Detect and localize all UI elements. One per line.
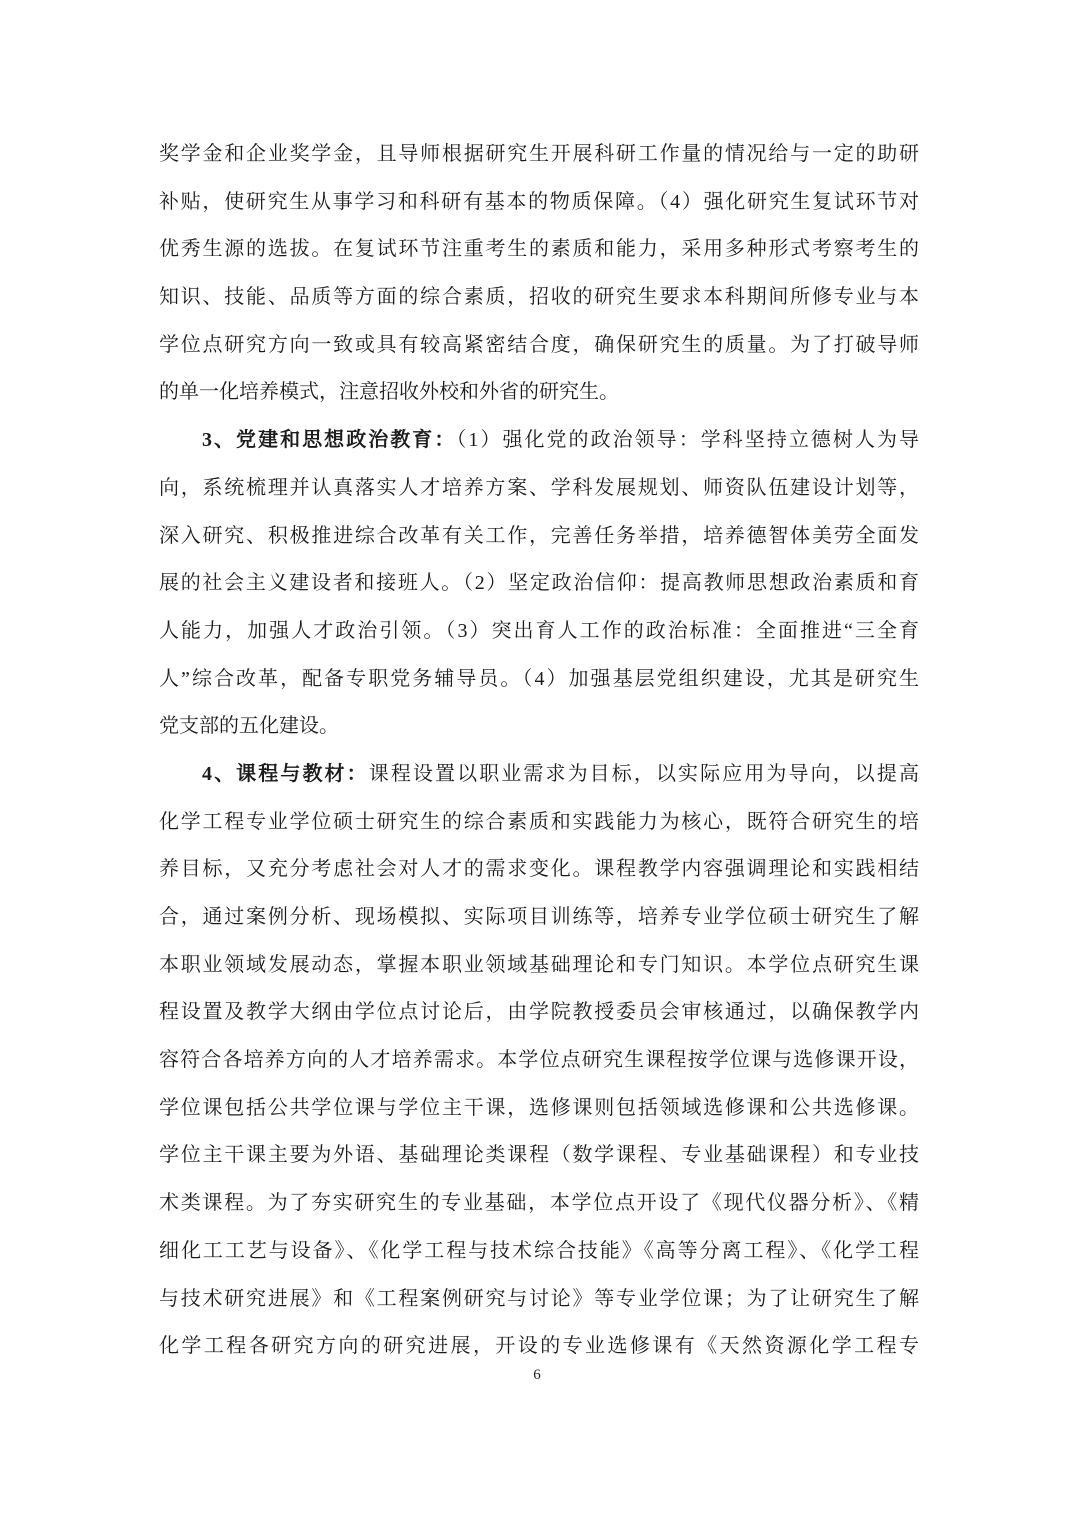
line-text: （1）强化党的政治领导：学科坚持立德树人为导 (456, 429, 919, 451)
line-text: 党支部的五化建设。 (159, 715, 339, 737)
text-line: 养目标，又充分考虑社会对人才的需求变化。课程教学内容强调理论和实践相结 (159, 846, 919, 894)
paragraph-heading: 3、党建和思想政治教育： (202, 429, 456, 451)
line-text: 学位点研究方向一致或具有较高紧密结合度，确保研究生的质量。为了打破导师 (159, 334, 919, 356)
text-line: 学位主干课主要为外语、基础理论类课程（数学课程、专业基础课程）和专业技 (159, 1132, 919, 1180)
text-line: 党支部的五化建设。 (159, 703, 919, 751)
line-text: 合，通过案例分析、现场模拟、实际项目训练等，培养专业学位硕士研究生了解 (159, 906, 919, 928)
text-line: 学位点研究方向一致或具有较高紧密结合度，确保研究生的质量。为了打破导师 (159, 322, 919, 370)
line-text: 学位主干课主要为外语、基础理论类课程（数学课程、专业基础课程）和专业技 (159, 1144, 919, 1166)
text-line: 奖学金和企业奖学金，且导师根据研究生开展科研工作量的情况给与一定的助研 (159, 131, 919, 179)
line-text: 深入研究、积极推进综合改革有关工作，完善任务举措，培养德智体美劳全面发 (159, 525, 919, 547)
text-line: 向，系统梳理并认真落实人才培养方案、学科发展规划、师资队伍建设计划等， (159, 465, 919, 513)
text-line: 化学工程专业学位硕士研究生的综合素质和实践能力为核心，既符合研究生的培 (159, 799, 919, 847)
line-text: 补贴，使研究生从事学习和科研有基本的物质保障。（4）强化研究生复试环节对 (159, 191, 919, 213)
document-page: 奖学金和企业奖学金，且导师根据研究生开展科研工作量的情况给与一定的助研 补贴，使… (0, 0, 1074, 1520)
text-line: 4、课程与教材：课程设置以职业需求为目标，以实际应用为导向，以提高 (159, 751, 919, 799)
text-line: 术类课程。为了夯实研究生的专业基础，本学位点开设了《现代仪器分析》、《精 (159, 1180, 919, 1228)
line-text: 本职业领域发展动态，掌握本职业领域基础理论和专门知识。本学位点研究生课 (159, 954, 919, 976)
text-line: 补贴，使研究生从事学习和科研有基本的物质保障。（4）强化研究生复试环节对 (159, 179, 919, 227)
text-line: 合，通过案例分析、现场模拟、实际项目训练等，培养专业学位硕士研究生了解 (159, 894, 919, 942)
text-line: 细化工工艺与设备》、《化学工程与技术综合技能》《高等分离工程》、《化学工程 (159, 1228, 919, 1276)
text-line: 优秀生源的选拔。在复试环节注重考生的素质和能力，采用多种形式考察考生的 (159, 226, 919, 274)
line-text: 养目标，又充分考虑社会对人才的需求变化。课程教学内容强调理论和实践相结 (159, 858, 919, 880)
line-text: 细化工工艺与设备》、《化学工程与技术综合技能》《高等分离工程》、《化学工程 (159, 1240, 919, 1262)
line-text: 与技术研究进展》和《工程案例研究与讨论》等专业学位课；为了让研究生了解 (159, 1288, 919, 1310)
body-text: 奖学金和企业奖学金，且导师根据研究生开展科研工作量的情况给与一定的助研 补贴，使… (159, 131, 919, 1371)
text-line: 容符合各培养方向的人才培养需求。本学位点研究生课程按学位课与选修课开设， (159, 1037, 919, 1085)
line-text: 课程设置以职业需求为目标，以实际应用为导向，以提高 (369, 763, 919, 785)
text-line: 人能力，加强人才政治引领。（3）突出育人工作的政治标准：全面推进“三全育 (159, 608, 919, 656)
text-line: 与技术研究进展》和《工程案例研究与讨论》等专业学位课；为了让研究生了解 (159, 1276, 919, 1324)
line-text: 人”综合改革，配备专职党务辅导员。（4）加强基层党组织建设，尤其是研究生 (159, 668, 919, 690)
line-text: 向，系统梳理并认真落实人才培养方案、学科发展规划、师资队伍建设计划等， (159, 477, 919, 499)
text-line: 展的社会主义建设者和接班人。（2）坚定政治信仰：提高教师思想政治素质和育 (159, 560, 919, 608)
text-line: 学位课包括公共学位课与学位主干课，选修课则包括领域选修课和公共选修课。 (159, 1085, 919, 1133)
line-text: 化学工程专业学位硕士研究生的综合素质和实践能力为核心，既符合研究生的培 (159, 811, 919, 833)
line-text: 知识、技能、品质等方面的综合素质，招收的研究生要求本科期间所修专业与本 (159, 286, 919, 308)
page-footer: 6 (0, 1363, 1074, 1387)
line-text: 学位课包括公共学位课与学位主干课，选修课则包括领域选修课和公共选修课。 (159, 1097, 919, 1119)
line-text: 展的社会主义建设者和接班人。（2）坚定政治信仰：提高教师思想政治素质和育 (159, 572, 919, 594)
line-text: 的单一化培养模式，注意招收外校和外省的研究生。 (159, 381, 619, 403)
page-number: 6 (533, 1367, 541, 1383)
text-line: 深入研究、积极推进综合改革有关工作，完善任务举措，培养德智体美劳全面发 (159, 513, 919, 561)
line-text: 优秀生源的选拔。在复试环节注重考生的素质和能力，采用多种形式考察考生的 (159, 238, 919, 260)
text-line: 程设置及教学大纲由学位点讨论后，由学院教授委员会审核通过，以确保教学内 (159, 989, 919, 1037)
text-line: 人”综合改革，配备专职党务辅导员。（4）加强基层党组织建设，尤其是研究生 (159, 656, 919, 704)
text-line: 本职业领域发展动态，掌握本职业领域基础理论和专门知识。本学位点研究生课 (159, 942, 919, 990)
line-text: 奖学金和企业奖学金，且导师根据研究生开展科研工作量的情况给与一定的助研 (159, 143, 919, 165)
line-text: 容符合各培养方向的人才培养需求。本学位点研究生课程按学位课与选修课开设， (159, 1049, 919, 1071)
line-text: 程设置及教学大纲由学位点讨论后，由学院教授委员会审核通过，以确保教学内 (159, 1001, 919, 1023)
line-text: 术类课程。为了夯实研究生的专业基础，本学位点开设了《现代仪器分析》、《精 (159, 1192, 919, 1214)
paragraph-heading: 4、课程与教材： (202, 763, 369, 785)
line-text: 化学工程各研究方向的研究进展，开设的专业选修课有《天然资源化学工程专 (159, 1335, 919, 1357)
text-line: 知识、技能、品质等方面的综合素质，招收的研究生要求本科期间所修专业与本 (159, 274, 919, 322)
line-text: 人能力，加强人才政治引领。（3）突出育人工作的政治标准：全面推进“三全育 (159, 620, 919, 642)
text-line: 的单一化培养模式，注意招收外校和外省的研究生。 (159, 369, 919, 417)
text-line: 3、党建和思想政治教育：（1）强化党的政治领导：学科坚持立德树人为导 (159, 417, 919, 465)
